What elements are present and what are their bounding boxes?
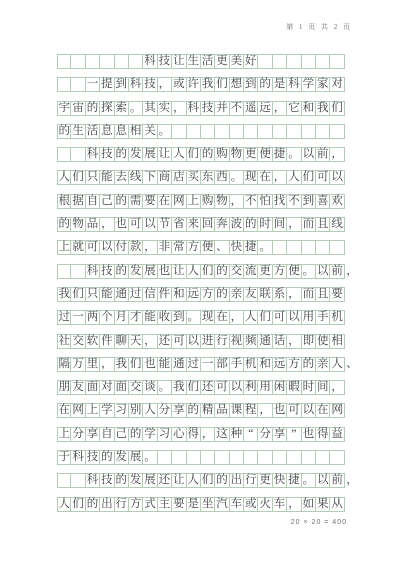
grid-cell: 益 (330, 427, 344, 442)
grid-cell: 出 (230, 473, 244, 488)
grid-cell: 的 (215, 264, 229, 279)
essay-row: 科技的发展也让人们的交流更方便。以前， (57, 264, 347, 279)
grid-cell: 不 (230, 101, 244, 116)
grid-cell: 科 (71, 450, 85, 465)
grid-cell: 车 (230, 497, 244, 512)
grid-cell: 们 (129, 357, 143, 372)
grid-cell: 能 (143, 310, 157, 325)
grid-cell: 流 (244, 264, 258, 279)
grid-cell: 自 (86, 194, 100, 209)
grid-cell: 进 (201, 334, 215, 349)
grid-cell: 上 (57, 427, 71, 442)
grid-cell (258, 54, 272, 69)
grid-cell: 省 (172, 217, 186, 232)
grid-cell: 可 (287, 403, 301, 418)
grid-cell (316, 240, 330, 255)
grid-cell (57, 264, 71, 279)
grid-cell: 于 (57, 450, 71, 465)
grid-cell: 。 (158, 380, 172, 395)
grid-cell: 们 (330, 101, 344, 116)
grid-cell: 我 (316, 101, 330, 116)
grid-cell: 远 (258, 101, 272, 116)
grid-cell (244, 450, 258, 465)
grid-cell (129, 54, 143, 69)
grid-cell: 一 (86, 77, 100, 92)
grid-cell: 科 (129, 77, 143, 92)
essay-row: 的生活息息相关。 (57, 124, 347, 139)
grid-cell: 机 (244, 357, 258, 372)
grid-cell: 关 (143, 124, 157, 139)
grid-cell: 享 (172, 403, 186, 418)
grid-cell: 坐 (201, 497, 215, 512)
grid-cell: 如 (302, 497, 316, 512)
grid-cell: 展 (143, 264, 157, 279)
grid-cell (287, 450, 301, 465)
grid-cell: 前 (316, 147, 330, 162)
grid-cell: 时 (302, 380, 316, 395)
grid-cell: 相 (129, 124, 143, 139)
grid-cell: 且 (316, 217, 330, 232)
grid-cell (316, 124, 330, 139)
grid-cell: 可 (215, 380, 229, 395)
essay-row: 过一两个月才能收到。现在，人们可以用手机 (57, 310, 347, 325)
grid-cell: 。 (258, 240, 272, 255)
grid-cell: 还 (158, 473, 172, 488)
grid-cell: 的 (258, 77, 272, 92)
grid-cell: 就 (71, 240, 85, 255)
grid-cell: 买 (187, 170, 201, 185)
grid-cell: 。 (302, 264, 316, 279)
grid-cell: 也 (143, 357, 157, 372)
grid-cell: 技 (100, 473, 114, 488)
grid-cell (273, 240, 287, 255)
grid-cell: 怕 (258, 194, 272, 209)
grid-cell (201, 124, 215, 139)
grid-cell: 在 (258, 170, 272, 185)
grid-cell: 奔 (215, 217, 229, 232)
grid-cell: 许 (187, 77, 201, 92)
grid-cell: 品 (215, 403, 229, 418)
grid-cell: 手 (230, 357, 244, 372)
grid-cell: 科 (187, 101, 201, 116)
grid-cell: 方 (187, 240, 201, 255)
grid-cell: 万 (71, 357, 85, 372)
grid-cell: 过 (129, 287, 143, 302)
grid-cell (287, 124, 301, 139)
grid-cell: 间 (316, 380, 330, 395)
grid-cell: 过 (57, 310, 71, 325)
grid-cell: 宙 (71, 101, 85, 116)
grid-cell: 出 (100, 497, 114, 512)
grid-cell: 网 (330, 403, 344, 418)
essay-row: 的物品，也可以节省来回奔波的时间，而且线 (57, 217, 347, 232)
grid-cell: 东 (201, 170, 215, 185)
grid-cell: 频 (244, 334, 258, 349)
grid-cell (71, 147, 85, 162)
grid-cell: 分 (258, 427, 272, 442)
grid-cell: 通 (115, 287, 129, 302)
grid-cell: ， (287, 497, 301, 512)
grid-cell: 方 (129, 497, 143, 512)
grid-cell: 去 (115, 170, 129, 185)
grid-cell: 享 (273, 427, 287, 442)
grid-cell: 交 (230, 264, 244, 279)
grid-cell: 通 (172, 357, 186, 372)
grid-cell: 通 (258, 334, 272, 349)
grid-cell: 捷 (273, 147, 287, 162)
grid-cell: 线 (129, 170, 143, 185)
essay-grid: 科技让生活更美好一提到科技，或许我们想到的是科学家对宇宙的探索。其实，科技并不遥… (57, 54, 347, 520)
essay-row: 朋友面对面交谈。我们还可以利用闲暇时间， (57, 380, 347, 395)
grid-cell: 习 (115, 403, 129, 418)
grid-cell: 行 (244, 473, 258, 488)
grid-cell: 交 (129, 380, 143, 395)
grid-cell: 前 (330, 473, 344, 488)
grid-cell: 们 (71, 287, 85, 302)
grid-cell: 波 (230, 217, 244, 232)
grid-cell: 和 (172, 287, 186, 302)
grid-cell: 聊 (115, 334, 129, 349)
grid-cell: 也 (302, 427, 316, 442)
grid-cell (258, 124, 272, 139)
grid-cell: 品 (86, 217, 100, 232)
grid-cell: 以 (143, 217, 157, 232)
grid-count-footer: 20 × 20 = 400 (291, 519, 347, 526)
grid-cell: 人 (330, 357, 344, 372)
grid-cell: 行 (215, 334, 229, 349)
grid-cell: 学 (100, 403, 114, 418)
grid-cell (258, 450, 272, 465)
essay-row: 科技的发展还让人们的出行更快捷。以前， (57, 473, 347, 488)
grid-cell (287, 240, 301, 255)
grid-cell: 系 (273, 287, 287, 302)
essay-row: 在网上学习别人分享的精品课程，也可以在网 (57, 403, 347, 418)
grid-cell: 。 (230, 170, 244, 185)
essay-row: 人们只能去线下商店买东西。现在，人们可以 (57, 170, 347, 185)
grid-cell: 购 (201, 194, 215, 209)
grid-cell: 在 (215, 310, 229, 325)
grid-cell (187, 124, 201, 139)
grid-cell: 可 (273, 310, 287, 325)
grid-cell: 并 (215, 101, 229, 116)
grid-cell: 得 (187, 427, 201, 442)
grid-cell: 隔 (57, 357, 71, 372)
grid-cell: 让 (172, 54, 186, 69)
grid-cell: 人 (57, 497, 71, 512)
grid-cell: 方 (287, 357, 301, 372)
grid-cell: 从 (330, 497, 344, 512)
grid-cell: ， (143, 240, 157, 255)
grid-cell: 让 (172, 264, 186, 279)
grid-cell: 对 (330, 77, 344, 92)
grid-cell (330, 124, 344, 139)
grid-cell: 以 (316, 473, 330, 488)
grid-cell: 更 (215, 54, 229, 69)
grid-cell: 不 (244, 194, 258, 209)
grid-cell: 友 (244, 287, 258, 302)
grid-cell: 自 (100, 427, 114, 442)
grid-cell: 即 (302, 334, 316, 349)
grid-cell: 到 (115, 77, 129, 92)
grid-cell: 活 (86, 124, 100, 139)
grid-cell: 我 (201, 77, 215, 92)
grid-cell: 以 (316, 264, 330, 279)
grid-cell: 件 (100, 334, 114, 349)
grid-cell: 回 (201, 217, 215, 232)
grid-cell (316, 54, 330, 69)
grid-cell: 且 (316, 287, 330, 302)
grid-cell: 网 (172, 194, 186, 209)
grid-cell: 的 (57, 124, 71, 139)
grid-cell (187, 450, 201, 465)
grid-cell: 们 (201, 473, 215, 488)
grid-cell: 节 (158, 217, 172, 232)
grid-cell: 以 (302, 403, 316, 418)
grid-cell: ， (345, 473, 359, 488)
grid-cell: ， (287, 287, 301, 302)
grid-cell: 能 (100, 287, 114, 302)
grid-cell: 视 (230, 334, 244, 349)
grid-cell: 以 (287, 310, 301, 325)
grid-cell: 或 (172, 77, 186, 92)
grid-cell (302, 450, 316, 465)
grid-cell: 的 (86, 101, 100, 116)
grid-cell: 方 (201, 287, 215, 302)
grid-cell: 便 (287, 264, 301, 279)
grid-cell: 息 (115, 124, 129, 139)
grid-cell: 科 (86, 147, 100, 162)
grid-cell: 天 (129, 334, 143, 349)
grid-cell: 能 (158, 357, 172, 372)
grid-cell (330, 54, 344, 69)
grid-cell: 我 (57, 287, 71, 302)
essay-row: 上分享自己的学习心得，这种“分享”也得益 (57, 427, 347, 442)
grid-cell (201, 450, 215, 465)
grid-cell: 暇 (287, 380, 301, 395)
grid-cell (287, 54, 301, 69)
grid-cell: 线 (330, 217, 344, 232)
grid-cell: 们 (215, 77, 229, 92)
essay-row: 一提到科技，或许我们想到的是科学家对 (57, 77, 347, 92)
grid-cell: ， (273, 101, 287, 116)
grid-cell: 不 (287, 194, 301, 209)
grid-cell: 科 (287, 77, 301, 92)
grid-cell: 商 (158, 170, 172, 185)
grid-cell: 。 (287, 147, 301, 162)
grid-cell: 或 (244, 497, 258, 512)
grid-cell (330, 240, 344, 255)
grid-cell: ， (100, 217, 114, 232)
grid-cell (230, 124, 244, 139)
grid-cell: 人 (244, 310, 258, 325)
essay-row: 上就可以付款，非常方便、快捷。 (57, 240, 347, 255)
grid-cell (215, 124, 229, 139)
grid-cell: 美 (230, 54, 244, 69)
grid-cell: 息 (100, 124, 114, 139)
grid-cell: 汽 (215, 497, 229, 512)
grid-cell (302, 240, 316, 255)
grid-cell: 间 (273, 217, 287, 232)
essay-title-row: 科技让生活更美好 (57, 54, 347, 69)
grid-cell: 方 (273, 264, 287, 279)
grid-cell: 非 (158, 240, 172, 255)
grid-cell: 让 (172, 473, 186, 488)
grid-cell: 的 (57, 217, 71, 232)
grid-cell: ， (100, 357, 114, 372)
grid-cell (316, 450, 330, 465)
grid-cell: 需 (129, 194, 143, 209)
grid-cell: 、 (215, 240, 229, 255)
grid-cell: 还 (158, 334, 172, 349)
grid-cell: 享 (86, 427, 100, 442)
grid-cell: 人 (187, 264, 201, 279)
essay-row: 人们的出行方式主要是坐汽车或火车，如果从 (57, 497, 347, 512)
grid-cell: 部 (215, 357, 229, 372)
grid-cell: 在 (158, 194, 172, 209)
grid-cell: 、 (345, 357, 359, 372)
grid-cell: 常 (172, 240, 186, 255)
grid-cell: 得 (316, 427, 330, 442)
grid-cell: 。 (302, 473, 316, 488)
grid-cell: 现 (201, 310, 215, 325)
grid-cell: 店 (172, 170, 186, 185)
grid-cell: 还 (201, 380, 215, 395)
grid-cell: 的 (115, 264, 129, 279)
grid-cell: 也 (158, 264, 172, 279)
essay-row: 宇宙的探索。其实，科技并不遥远，它和我们 (57, 101, 347, 116)
essay-row: 社交软件聊天，还可以进行视频通话，即使相 (57, 334, 347, 349)
grid-cell: 让 (158, 147, 172, 162)
grid-cell: 分 (158, 403, 172, 418)
grid-cell: 件 (158, 287, 172, 302)
grid-cell: 可 (172, 334, 186, 349)
grid-cell: 亲 (316, 357, 330, 372)
grid-cell: 己 (115, 427, 129, 442)
grid-cell: 和 (302, 101, 316, 116)
grid-cell: 在 (316, 403, 330, 418)
grid-cell: 以 (230, 380, 244, 395)
grid-cell: 远 (187, 287, 201, 302)
grid-cell: 我 (115, 357, 129, 372)
grid-cell (215, 450, 229, 465)
grid-cell: 人 (57, 170, 71, 185)
grid-cell: 家 (316, 77, 330, 92)
grid-cell: 提 (100, 77, 114, 92)
grid-cell: 面 (115, 380, 129, 395)
grid-cell: 发 (115, 450, 129, 465)
grid-cell: 快 (273, 473, 287, 488)
grid-cell: 在 (57, 403, 71, 418)
grid-cell: 西 (215, 170, 229, 185)
grid-cell: 精 (201, 403, 215, 418)
grid-cell: ， (201, 427, 215, 442)
grid-cell: 也 (115, 217, 129, 232)
grid-cell (71, 54, 85, 69)
grid-cell: 找 (273, 194, 287, 209)
grid-cell: 这 (215, 427, 229, 442)
grid-cell: 别 (129, 403, 143, 418)
grid-cell: 的 (201, 147, 215, 162)
grid-cell (57, 473, 71, 488)
grid-cell (330, 450, 344, 465)
grid-cell: 科 (86, 473, 100, 488)
grid-cell: 物 (215, 194, 229, 209)
grid-cell (273, 450, 287, 465)
grid-cell (302, 54, 316, 69)
grid-cell: 上 (187, 194, 201, 209)
grid-cell: 朋 (57, 380, 71, 395)
grid-cell: 亲 (230, 287, 244, 302)
grid-cell (100, 54, 114, 69)
grid-cell: 前 (330, 264, 344, 279)
grid-cell (71, 473, 85, 488)
grid-cell: 使 (316, 334, 330, 349)
grid-cell: 购 (215, 147, 229, 162)
grid-cell: 的 (115, 147, 129, 162)
grid-cell: 展 (143, 473, 157, 488)
grid-cell: 信 (143, 287, 157, 302)
grid-cell: 欢 (330, 194, 344, 209)
grid-cell: 学 (302, 77, 316, 92)
grid-cell: 相 (330, 334, 344, 349)
grid-cell: 的 (187, 403, 201, 418)
grid-cell: ， (172, 101, 186, 116)
grid-cell: 的 (129, 427, 143, 442)
grid-cell (71, 77, 85, 92)
grid-cell: 人 (187, 473, 201, 488)
grid-cell: 友 (71, 380, 85, 395)
essay-row: 我们只能通过信件和远方的亲友联系，而且要 (57, 287, 347, 302)
grid-cell (172, 450, 186, 465)
grid-cell: 根 (57, 194, 71, 209)
grid-cell: 收 (158, 310, 172, 325)
grid-cell: 和 (258, 357, 272, 372)
grid-cell: ， (158, 77, 172, 92)
grid-cell: 月 (115, 310, 129, 325)
grid-cell: 只 (86, 287, 100, 302)
essay-row: 隔万里，我们也能通过一部手机和远方的亲人、 (57, 357, 347, 372)
grid-cell: 人 (172, 147, 186, 162)
grid-cell: 己 (100, 194, 114, 209)
grid-cell: ， (330, 380, 344, 395)
grid-cell: ， (230, 194, 244, 209)
grid-cell: 的 (244, 217, 258, 232)
grid-cell (57, 54, 71, 69)
grid-cell: 对 (100, 380, 114, 395)
grid-cell: 技 (100, 264, 114, 279)
grid-cell: 们 (71, 170, 85, 185)
grid-cell: 课 (230, 403, 244, 418)
grid-cell: ， (287, 217, 301, 232)
grid-cell: 我 (172, 380, 186, 395)
grid-cell: 技 (86, 450, 100, 465)
grid-cell: 以 (187, 334, 201, 349)
grid-cell: 技 (158, 54, 172, 69)
grid-cell: 一 (201, 357, 215, 372)
grid-cell: ， (230, 310, 244, 325)
grid-cell: 主 (158, 497, 172, 512)
grid-cell: 是 (187, 497, 201, 512)
grid-cell: 据 (71, 194, 85, 209)
grid-cell: 可 (129, 217, 143, 232)
grid-cell: 的 (86, 497, 100, 512)
grid-cell: 而 (302, 217, 316, 232)
grid-cell: 索 (115, 101, 129, 116)
grid-cell (273, 54, 287, 69)
grid-cell: 活 (201, 54, 215, 69)
grid-cell: 面 (86, 380, 100, 395)
grid-cell: 软 (86, 334, 100, 349)
